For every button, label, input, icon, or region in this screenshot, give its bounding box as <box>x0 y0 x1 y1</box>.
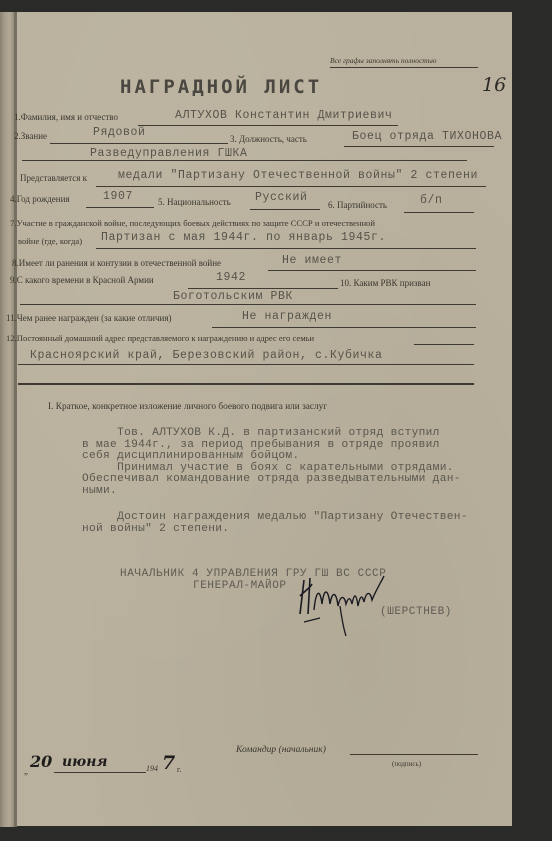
narrative-line: себя дисциплинированным бойцом. <box>82 450 299 462</box>
field-10-line <box>20 304 476 305</box>
present-value: медали "Партизану Отечественной войны" 2… <box>118 169 478 182</box>
header-note: Все графы заполнять полностью <box>330 56 436 65</box>
present-label: Представляется к <box>20 173 87 183</box>
field-7-value: Партизан с мая 1944г. по январь 1945г. <box>101 231 386 244</box>
field-6-value: б/п <box>420 194 443 207</box>
field-7-label-cont: войне (где, когда) <box>18 236 82 246</box>
field-9-line <box>188 288 338 289</box>
conclusion-line: ной войны" 2 степени. <box>82 523 229 535</box>
field-1-label: 1.Фамилия, имя и отчество <box>14 112 118 122</box>
field-10-value: Боготольским РВК <box>173 290 293 303</box>
field-12-label: 12.Постоянный домашний адрес представляе… <box>6 333 314 343</box>
date-month-line <box>54 772 146 773</box>
section-heading: I. Краткое, конкретное изложение личного… <box>48 402 327 412</box>
field-8-value: Не имеет <box>282 254 342 267</box>
field-5-value: Русский <box>255 191 308 204</box>
field-9-label: 9.С какого времени в Красной Армии <box>10 275 154 285</box>
field-7-line <box>96 248 476 249</box>
commander-label: Командир (начальник) <box>236 745 326 755</box>
handwritten-signature <box>296 570 416 636</box>
field-8-label: 8.Имеет ли ранения и контузии в отечеств… <box>12 258 221 268</box>
sheet-number: 16 <box>482 74 506 96</box>
field-7-label: 7.Участие в гражданской войне, последующ… <box>10 218 375 228</box>
date-open-quote: „ <box>24 766 28 776</box>
narrative-text: Тов. АЛТУХОВ К.Д. в партизанский отряд в… <box>82 428 461 497</box>
signature-caption: (подпись) <box>392 760 421 768</box>
field-3-value-cont: Разведуправления ГШКА <box>90 147 248 160</box>
conclusion-text: Достоин награждения медалью "Партизану О… <box>82 512 468 535</box>
field-9-value: 1942 <box>216 271 246 284</box>
field-11-line <box>212 327 476 328</box>
field-10-label: 10. Каким РВК призван <box>340 278 430 288</box>
field-6-line <box>404 212 474 213</box>
field-3-line <box>344 146 494 147</box>
page-title: НАГРАДНОЙ ЛИСТ <box>120 76 322 98</box>
field-3-label: 3. Должность, часть <box>230 134 307 144</box>
narrative-line: Обеспечивал командование отряда разведыв… <box>82 473 461 485</box>
date-suffix: г. <box>177 765 181 774</box>
narrative-line: ными. <box>82 485 117 497</box>
field-3-value: Боец отряда ТИХОНОВА <box>352 130 502 143</box>
narrative-line: в мае 1944г., за период пребывания в отр… <box>82 439 440 451</box>
narrative-line: Принимал участие в боях с карательными о… <box>82 462 454 474</box>
field-12-value: Красноярский край, Березовский район, с.… <box>30 349 383 362</box>
field-4-label: 4.Год рождения <box>10 194 70 204</box>
present-line <box>96 186 486 187</box>
conclusion-line: Достоин награждения медалью "Партизану О… <box>82 511 468 523</box>
field-12-line-a <box>414 344 474 345</box>
field-11-label: 11.Чем ранее награжден (за какие отличия… <box>6 313 171 323</box>
date-year-prefix: 194 <box>146 764 158 773</box>
field-6-label: 6. Партийность <box>328 200 387 210</box>
date-month: июня <box>62 754 108 770</box>
field-11-value: Не награжден <box>242 310 332 323</box>
field-1-value: АЛТУХОВ Константин Дмитриевич <box>175 109 393 122</box>
field-5-line <box>250 209 320 210</box>
field-12-line-b <box>18 364 474 365</box>
commander-signature-line <box>350 754 478 755</box>
field-5-label: 5. Национальность <box>158 197 231 207</box>
field-1-line <box>138 125 398 126</box>
field-3-line-cont <box>22 160 467 161</box>
field-4-line <box>86 207 154 208</box>
field-4-value: 1907 <box>103 190 133 203</box>
field-12-line-c <box>18 383 474 385</box>
date-day: 20 <box>30 752 52 771</box>
signatory-rank: ГЕНЕРАЛ-МАЙОР <box>193 580 287 592</box>
field-2-label: 2.Звание <box>14 131 47 141</box>
field-2-value: Рядовой <box>93 126 146 139</box>
field-2-line <box>50 143 228 144</box>
narrative-line: Тов. АЛТУХОВ К.Д. в партизанский отряд в… <box>82 427 440 439</box>
date-year-digit: 7 <box>162 752 175 774</box>
field-8-line <box>268 270 476 271</box>
header-note-underline <box>330 67 478 68</box>
